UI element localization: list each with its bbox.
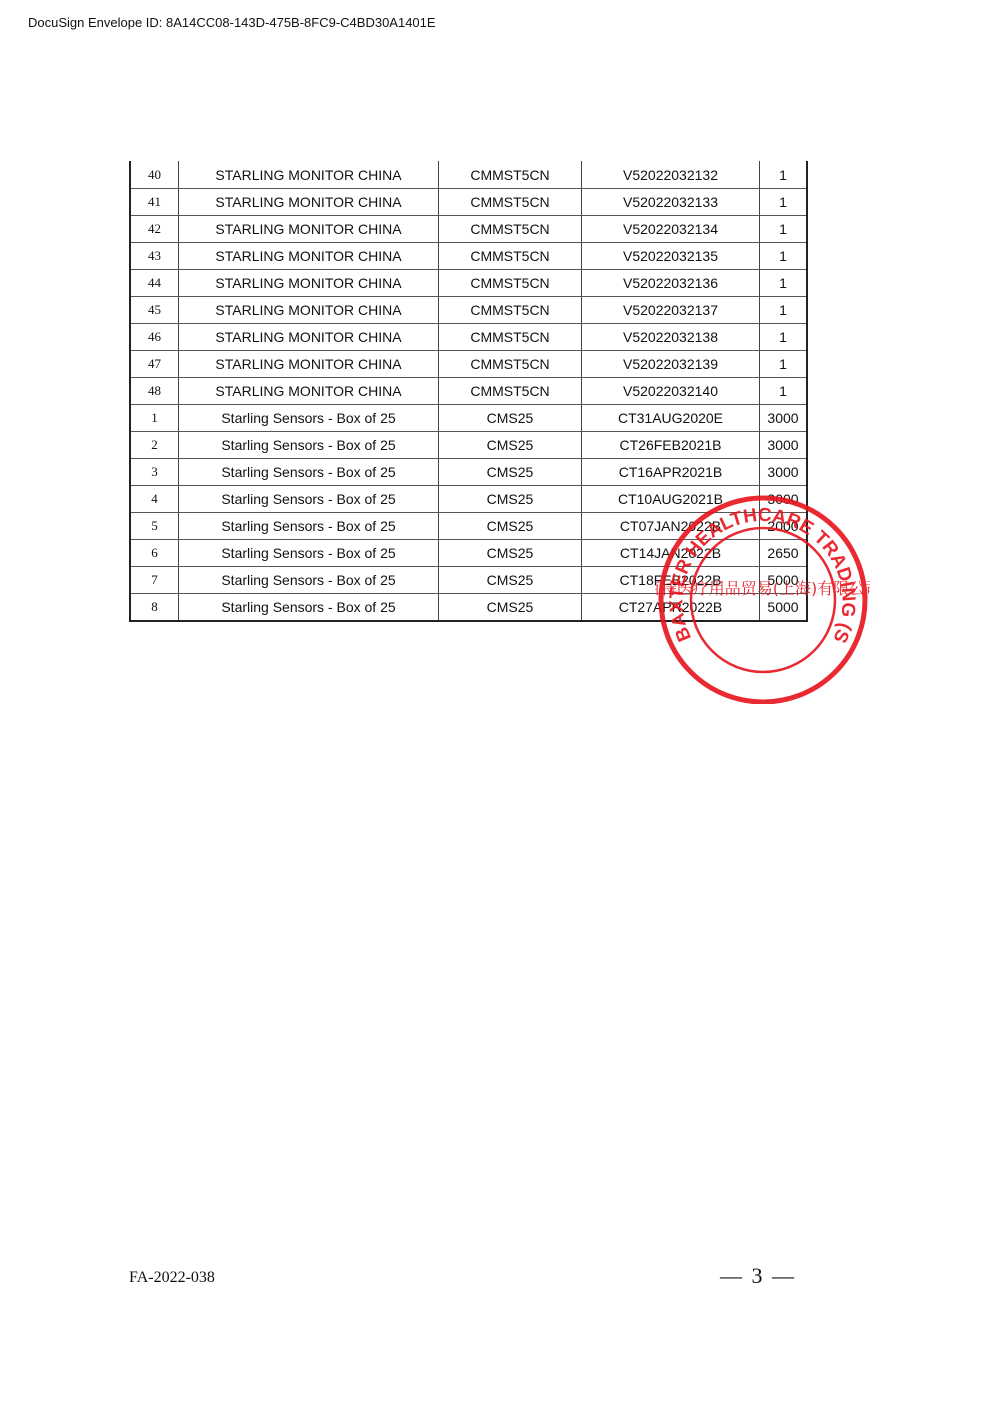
table-row: 48STARLING MONITOR CHINACMMST5CNV5202203…: [130, 378, 807, 405]
product-name-cell: Starling Sensors - Box of 25: [179, 405, 439, 432]
quantity-cell: 5000: [760, 594, 808, 622]
table-row: 4Starling Sensors - Box of 25CMS25CT10AU…: [130, 486, 807, 513]
row-index-cell: 3: [130, 459, 179, 486]
row-index-cell: 43: [130, 243, 179, 270]
lot-number-cell: V52022032137: [582, 297, 760, 324]
table-row: 41STARLING MONITOR CHINACMMST5CNV5202203…: [130, 189, 807, 216]
lot-number-cell: CT07JAN2022B: [582, 513, 760, 540]
quantity-cell: 1: [760, 161, 808, 189]
lot-number-cell: CT16APR2021B: [582, 459, 760, 486]
row-index-cell: 40: [130, 161, 179, 189]
product-name-cell: Starling Sensors - Box of 25: [179, 594, 439, 622]
lot-number-cell: CT26FEB2021B: [582, 432, 760, 459]
quantity-cell: 1: [760, 189, 808, 216]
quantity-cell: 1: [760, 216, 808, 243]
product-code-cell: CMS25: [439, 405, 582, 432]
product-name-cell: STARLING MONITOR CHINA: [179, 351, 439, 378]
product-name-cell: Starling Sensors - Box of 25: [179, 513, 439, 540]
product-code-cell: CMS25: [439, 513, 582, 540]
quantity-cell: 1: [760, 270, 808, 297]
quantity-cell: 1: [760, 351, 808, 378]
lot-number-cell: V52022032140: [582, 378, 760, 405]
product-name-cell: STARLING MONITOR CHINA: [179, 189, 439, 216]
row-index-cell: 5: [130, 513, 179, 540]
row-index-cell: 47: [130, 351, 179, 378]
lot-number-cell: CT14JAN2022B: [582, 540, 760, 567]
product-code-cell: CMS25: [439, 432, 582, 459]
product-code-cell: CMMST5CN: [439, 351, 582, 378]
lot-number-cell: CT18FEB2022B: [582, 567, 760, 594]
product-name-cell: Starling Sensors - Box of 25: [179, 432, 439, 459]
row-index-cell: 2: [130, 432, 179, 459]
table-row: 44STARLING MONITOR CHINACMMST5CNV5202203…: [130, 270, 807, 297]
product-name-cell: STARLING MONITOR CHINA: [179, 378, 439, 405]
quantity-cell: 1: [760, 243, 808, 270]
lot-number-cell: CT10AUG2021B: [582, 486, 760, 513]
quantity-cell: 2000: [760, 513, 808, 540]
product-code-cell: CMMST5CN: [439, 270, 582, 297]
table-row: 47STARLING MONITOR CHINACMMST5CNV5202203…: [130, 351, 807, 378]
table-row: 3Starling Sensors - Box of 25CMS25CT16AP…: [130, 459, 807, 486]
lot-number-cell: V52022032138: [582, 324, 760, 351]
product-name-cell: STARLING MONITOR CHINA: [179, 297, 439, 324]
product-code-cell: CMS25: [439, 594, 582, 622]
quantity-cell: 3000: [760, 459, 808, 486]
product-name-cell: STARLING MONITOR CHINA: [179, 161, 439, 189]
row-index-cell: 45: [130, 297, 179, 324]
row-index-cell: 1: [130, 405, 179, 432]
product-name-cell: STARLING MONITOR CHINA: [179, 324, 439, 351]
quantity-cell: 5000: [760, 567, 808, 594]
product-name-cell: STARLING MONITOR CHINA: [179, 216, 439, 243]
product-code-cell: CMMST5CN: [439, 297, 582, 324]
document-number: FA-2022-038: [129, 1269, 215, 1287]
row-index-cell: 4: [130, 486, 179, 513]
product-name-cell: STARLING MONITOR CHINA: [179, 243, 439, 270]
table-row: 8Starling Sensors - Box of 25CMS25CT27AP…: [130, 594, 807, 622]
product-name-cell: Starling Sensors - Box of 25: [179, 459, 439, 486]
items-table: 40STARLING MONITOR CHINACMMST5CNV5202203…: [129, 161, 808, 622]
row-index-cell: 44: [130, 270, 179, 297]
product-name-cell: STARLING MONITOR CHINA: [179, 270, 439, 297]
product-code-cell: CMMST5CN: [439, 243, 582, 270]
product-code-cell: CMMST5CN: [439, 216, 582, 243]
table-row: 45STARLING MONITOR CHINACMMST5CNV5202203…: [130, 297, 807, 324]
quantity-cell: 1: [760, 378, 808, 405]
table-row: 46STARLING MONITOR CHINACMMST5CNV5202203…: [130, 324, 807, 351]
lot-number-cell: V52022032136: [582, 270, 760, 297]
product-code-cell: CMS25: [439, 459, 582, 486]
table-row: 2Starling Sensors - Box of 25CMS25CT26FE…: [130, 432, 807, 459]
page-number: — 3 —: [720, 1263, 796, 1289]
row-index-cell: 41: [130, 189, 179, 216]
product-code-cell: CMS25: [439, 540, 582, 567]
quantity-cell: 3000: [760, 486, 808, 513]
product-code-cell: CMS25: [439, 567, 582, 594]
lot-number-cell: V52022032135: [582, 243, 760, 270]
product-code-cell: CMMST5CN: [439, 324, 582, 351]
table-row: 1Starling Sensors - Box of 25CMS25CT31AU…: [130, 405, 807, 432]
row-index-cell: 6: [130, 540, 179, 567]
lot-number-cell: V52022032139: [582, 351, 760, 378]
table-row: 43STARLING MONITOR CHINACMMST5CNV5202203…: [130, 243, 807, 270]
table-row: 5Starling Sensors - Box of 25CMS25CT07JA…: [130, 513, 807, 540]
table-row: 40STARLING MONITOR CHINACMMST5CNV5202203…: [130, 161, 807, 189]
row-index-cell: 7: [130, 567, 179, 594]
lot-number-cell: V52022032132: [582, 161, 760, 189]
lot-number-cell: V52022032134: [582, 216, 760, 243]
table-row: 6Starling Sensors - Box of 25CMS25CT14JA…: [130, 540, 807, 567]
lot-number-cell: CT31AUG2020E: [582, 405, 760, 432]
quantity-cell: 3000: [760, 432, 808, 459]
row-index-cell: 42: [130, 216, 179, 243]
items-table-body: 40STARLING MONITOR CHINACMMST5CNV5202203…: [130, 161, 807, 621]
product-code-cell: CMMST5CN: [439, 189, 582, 216]
quantity-cell: 1: [760, 324, 808, 351]
row-index-cell: 46: [130, 324, 179, 351]
quantity-cell: 2650: [760, 540, 808, 567]
product-code-cell: CMMST5CN: [439, 161, 582, 189]
lot-number-cell: CT27APR2022B: [582, 594, 760, 622]
table-row: 7Starling Sensors - Box of 25CMS25CT18FE…: [130, 567, 807, 594]
quantity-cell: 1: [760, 297, 808, 324]
product-name-cell: Starling Sensors - Box of 25: [179, 567, 439, 594]
product-name-cell: Starling Sensors - Box of 25: [179, 486, 439, 513]
row-index-cell: 48: [130, 378, 179, 405]
row-index-cell: 8: [130, 594, 179, 622]
docusign-envelope-id: DocuSign Envelope ID: 8A14CC08-143D-475B…: [28, 15, 436, 30]
table-row: 42STARLING MONITOR CHINACMMST5CNV5202203…: [130, 216, 807, 243]
lot-number-cell: V52022032133: [582, 189, 760, 216]
product-code-cell: CMMST5CN: [439, 378, 582, 405]
product-name-cell: Starling Sensors - Box of 25: [179, 540, 439, 567]
quantity-cell: 3000: [760, 405, 808, 432]
product-code-cell: CMS25: [439, 486, 582, 513]
